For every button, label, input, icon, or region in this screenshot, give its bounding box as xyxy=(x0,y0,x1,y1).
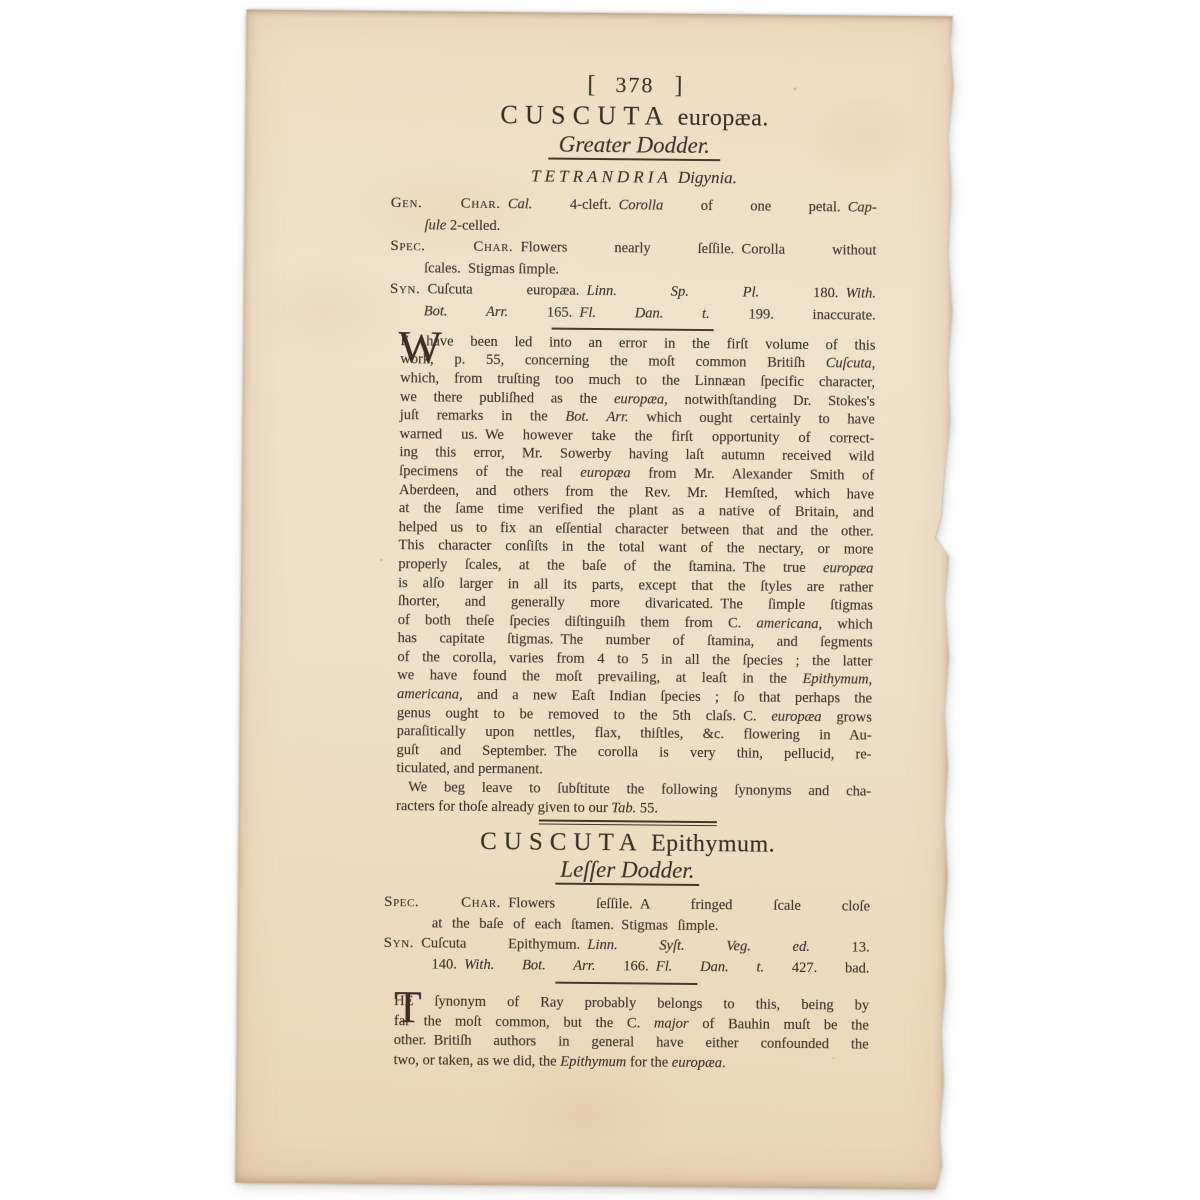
italic-text: Bot. Arr. xyxy=(424,303,509,320)
text-segment: of both theſe ſpecies diſtinguiſh them f… xyxy=(398,612,757,631)
text-segment: Flowers nearly ſeſſile. Corolla without xyxy=(513,239,876,258)
paragraph: THE ſynonym of Ray probably belongs to t… xyxy=(393,992,869,1075)
text-segment: two, or taken, as we did, the xyxy=(393,1052,560,1070)
section2-characters-block: Spec. Char. Flowers ſeſſile. A fringed ſ… xyxy=(383,892,870,979)
book-page-scan: [378] CUSCUTAeuropæa. Greater Dodder. TE… xyxy=(235,10,955,1190)
text-segment: for the xyxy=(626,1054,672,1070)
text-segment: 2-celled. xyxy=(446,217,500,234)
text-segment: , which xyxy=(818,616,872,633)
text-segment: 427. bad. xyxy=(764,959,870,976)
text-segment: 199. inaccurate. xyxy=(710,306,876,324)
italic-text: Fl. Dan. t. xyxy=(579,304,709,321)
section2-common-name-text: Leſſer Dodder. xyxy=(560,857,694,883)
section1-common-name: Greater Dodder. xyxy=(391,130,877,161)
italic-text: americana xyxy=(397,686,459,703)
text-segment: of one petal. xyxy=(663,198,848,216)
italic-text: europæa xyxy=(614,391,664,407)
italic-text: Linn. Syſt. Veg. ed. xyxy=(587,937,810,955)
text-segment: which ought certainly to have xyxy=(629,409,875,427)
character-entry: Syn. Cuſcuta europæa. Linn. Sp. Pl. 180.… xyxy=(390,279,876,327)
italic-text: europæa xyxy=(771,708,821,724)
text-segment: Cuſcuta europæa. xyxy=(420,281,586,299)
small-caps-label: Syn. xyxy=(390,281,421,297)
text-segment: , notwithſtanding Dr. Stokes's xyxy=(664,391,875,409)
small-caps-label: Gen. Char. xyxy=(391,195,501,212)
paper-sheet: [378] CUSCUTAeuropæa. Greater Dodder. TE… xyxy=(235,10,955,1190)
text-segment: of Bauhin muſt be the xyxy=(689,1015,869,1033)
text-segment: We beg leave to ſubſtitute the following… xyxy=(408,779,871,799)
page-content: [378] CUSCUTAeuropæa. Greater Dodder. TE… xyxy=(382,69,878,1075)
text-segment: HE ſynonym of Ray probably belongs to th… xyxy=(394,993,869,1014)
drop-cap-letter: T xyxy=(394,987,422,1027)
italic-text: With. xyxy=(846,285,876,301)
text-segment: racters for thoſe already given to our xyxy=(396,798,612,816)
text-segment: 13. xyxy=(810,939,870,956)
character-entry: Gen. Char. Cal. 4-cleft. Corolla of one … xyxy=(390,193,876,241)
section1-characters-block: Gen. Char. Cal. 4-cleft. Corolla of one … xyxy=(390,193,877,327)
text-segment: ticulated, and permanent. xyxy=(396,761,543,778)
double-rule xyxy=(539,820,717,827)
small-caps-label: Spec. Char. xyxy=(390,238,513,255)
text-segment: properly ſcales, at the baſe of the ſtam… xyxy=(398,556,823,576)
italic-text: Tab. xyxy=(611,800,636,816)
text-segment: 165. xyxy=(508,304,580,321)
paragraph: WE have been led into an error in the fi… xyxy=(396,332,875,783)
section1-genus-name: CUSCUTA xyxy=(500,100,671,131)
italic-text: Fl. Dan. t. xyxy=(656,958,764,975)
italic-text: Corolla xyxy=(619,197,664,213)
taxonomy-class: TETRANDRIA xyxy=(531,166,672,186)
text-segment: 140. xyxy=(431,956,464,972)
small-caps-label: Spec. Char. xyxy=(384,894,501,911)
italic-text: With. Bot. Arr. xyxy=(464,956,596,973)
text-line: Bot. Arr. 165. Fl. Dan. t. 199. inaccura… xyxy=(390,301,876,327)
section1-title: CUSCUTAeuropæa. xyxy=(391,99,877,135)
italic-text: europæa xyxy=(580,465,630,481)
text-segment: from Mr. Alexander Smith of xyxy=(631,465,875,483)
text-segment: which, from truſting too much to the Lin… xyxy=(400,370,875,391)
character-entry: Spec. Char. Flowers nearly ſeſſile. Coro… xyxy=(390,236,876,284)
text-segment: at the baſe of each ſtamen. Stigmas ſimp… xyxy=(432,915,719,934)
section2-genus-name: CUSCUTA xyxy=(480,828,644,857)
paragraph: We beg leave to ſubſtitute the following… xyxy=(396,778,871,820)
bracket-close: ] xyxy=(674,73,682,99)
text-segment: genus ought to be removed to the 5th cla… xyxy=(397,705,772,725)
text-segment: , and a new Eaſt Indian ſpecies ; ſo tha… xyxy=(459,687,872,707)
text-segment: 180. xyxy=(759,285,846,302)
text-segment: we have found the moſt prevailing, at le… xyxy=(397,668,802,688)
text-segment: , xyxy=(869,672,873,688)
text-segment: ſcales. Stigmas ſimple. xyxy=(424,260,559,277)
section2-species-name: Epithymum. xyxy=(651,831,775,858)
text-segment: ſhorter, and generally more divaricated.… xyxy=(398,593,873,614)
italic-text: Cuſcuta xyxy=(826,356,872,372)
drop-cap-letter: W xyxy=(398,327,442,367)
page-number: 378 xyxy=(615,72,654,97)
text-segment: we there publiſhed as the xyxy=(400,389,614,407)
text-segment: other. Britiſh authors in general have e… xyxy=(394,1032,869,1053)
bracket-open: [ xyxy=(587,72,595,98)
text-segment: . xyxy=(722,1055,726,1071)
text-segment: at the ſame time verified the plant as a… xyxy=(399,500,874,521)
text-segment: 55. xyxy=(636,800,658,816)
section1-common-name-text: Greater Dodder. xyxy=(559,132,710,158)
italic-text: Epithymum xyxy=(560,1053,626,1070)
taxonomy-line: TETRANDRIADigynia. xyxy=(391,165,877,190)
text-segment: far the moſt common, but the C. xyxy=(394,1013,654,1031)
italic-text: Bot. Arr. xyxy=(565,409,628,426)
italic-text: Epithymum xyxy=(802,671,868,688)
horizontal-rule xyxy=(555,982,697,985)
text-segment: 4-cleft. xyxy=(532,196,618,213)
italic-text: Cal. xyxy=(508,196,533,212)
text-segment: grows xyxy=(821,709,871,725)
character-entry: Syn. Cuſcuta Epithymum. Linn. Syſt. Veg.… xyxy=(383,933,869,979)
text-segment: work, p. 55, concerning the moſt common … xyxy=(400,352,826,372)
section1-species-name: europæa. xyxy=(678,105,769,132)
section1-body-text: WE have been led into an error in the fi… xyxy=(385,332,876,820)
small-caps-label: Syn. xyxy=(384,935,415,951)
text-segment: juſt remarks in the xyxy=(400,407,566,425)
text-line: 140. With. Bot. Arr. 166. Fl. Dan. t. 42… xyxy=(383,954,869,979)
text-segment: , xyxy=(872,356,876,372)
text-segment: Flowers ſeſſile. A fringed ſcale cloſe xyxy=(501,895,870,915)
page-number-line: [378] xyxy=(392,69,878,102)
section2-common-name: Leſſer Dodder. xyxy=(384,855,870,886)
text-segment: Cuſcuta Epithymum. xyxy=(414,936,588,954)
text-segment: ſpecimens of the real xyxy=(399,463,580,481)
taxonomy-order: Digynia. xyxy=(678,168,737,188)
italic-text: europæa xyxy=(823,560,873,576)
section2-body-text: THE ſynonym of Ray probably belongs to t… xyxy=(382,992,869,1075)
italic-text: europæa xyxy=(672,1054,722,1070)
text-segment: 166. xyxy=(595,958,656,975)
horizontal-rule xyxy=(552,328,714,331)
italic-text: Cap- xyxy=(848,199,877,215)
italic-text: major xyxy=(654,1015,689,1031)
italic-text: americana xyxy=(756,615,818,632)
character-entry: Spec. Char. Flowers ſeſſile. A fringed ſ… xyxy=(384,892,870,938)
italic-text: Linn. Sp. Pl. xyxy=(587,283,760,301)
italic-text: ſule xyxy=(425,217,447,233)
